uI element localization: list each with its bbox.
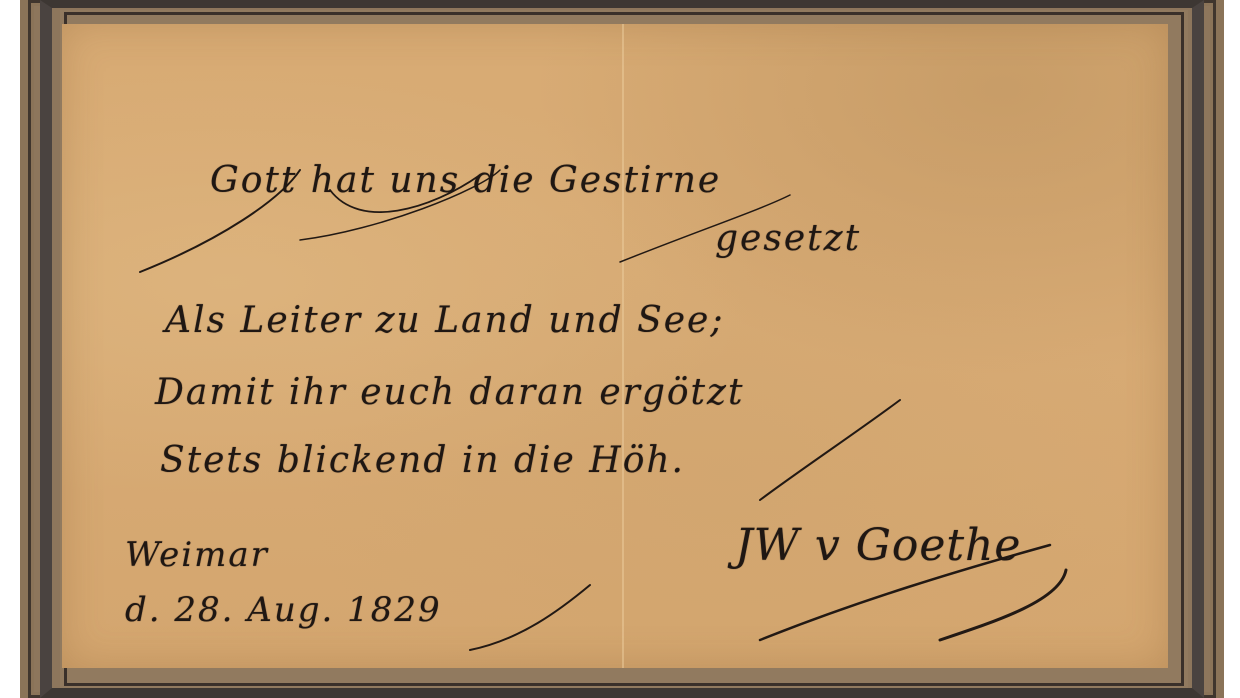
fold-crease <box>622 24 624 668</box>
place-name: Weimar <box>125 535 269 575</box>
poem-line-4: Stets blickend in die Höh. <box>160 440 685 481</box>
signature: JW v Goethe <box>735 520 1021 571</box>
date-line: d. 28. Aug. 1829 <box>125 590 442 630</box>
poem-line-2: Als Leiter zu Land und See; <box>165 300 724 341</box>
poem-line-1-continuation: gesetzt <box>715 218 861 259</box>
poem-line-1: Gott hat uns die Gestirne <box>210 160 721 201</box>
poem-line-3: Damit ihr euch daran ergötzt <box>155 372 744 413</box>
